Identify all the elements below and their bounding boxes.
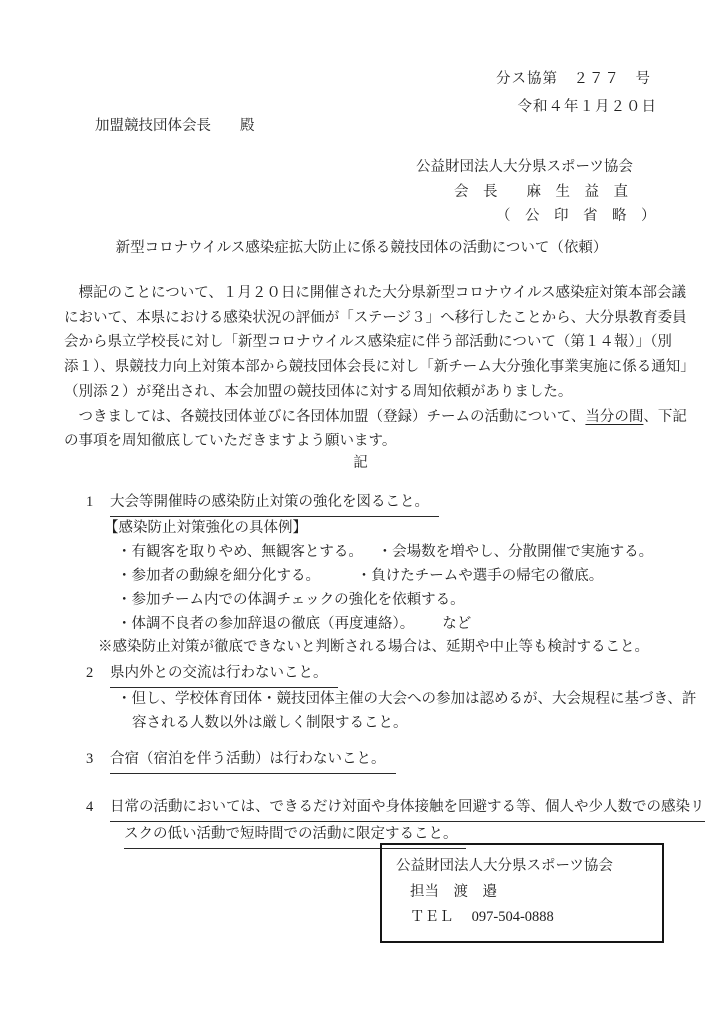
example-bullet-row: ・参加チーム内での体調チェックの強化を依頼する。: [117, 588, 653, 612]
body-paragraph-line: 会から県立学校長に対し「新型コロナウイルス感染症に伴う部活動について（第１４報）…: [64, 330, 674, 355]
contact-organization: 公益財団法人大分県スポーツ協会: [396, 854, 652, 880]
body-paragraph-line: つきましては、各競技団体並びに各団体加盟（登録）チームの活動について、当分の間、…: [64, 405, 674, 430]
note-line: ※感染防止対策が徹底できないと判断される場合は、延期や中止等も検討すること。: [98, 635, 649, 659]
item-number: 1: [86, 490, 110, 517]
example-bullet: ・参加チーム内での体調チェックの強化を依頼する。: [117, 592, 465, 608]
body-paragraph-line: 標記のことについて、１月２０日に開催された大分県新型コロナウイルス感染症対策本部…: [64, 281, 674, 306]
underlined-phrase: 当分の間: [585, 409, 643, 425]
item-heading: 合宿（宿泊を伴う活動）は行わないこと。: [110, 747, 396, 774]
item-number: 2: [86, 661, 110, 688]
sender-president: 会 長 麻 生 益 直: [454, 180, 656, 205]
contact-tel: ＴＥＬ 097-504-0888: [410, 905, 652, 931]
example-header: 【感染防止対策強化の具体例】: [104, 516, 307, 540]
list-item-4: 4 日常の活動においては、できるだけ対面や身体接触を回避する等、個人や少人数での…: [86, 795, 705, 849]
body-paragraphs: 標記のことについて、１月２０日に開催された大分県新型コロナウイルス感染症対策本部…: [64, 281, 674, 454]
sender-block: 公益財団法人大分県スポーツ協会 会 長 麻 生 益 直 （ 公 印 省 略 ）: [416, 155, 656, 229]
example-bullet: ・有観客を取りやめ、無観客とする。: [117, 544, 356, 560]
issue-date: 令和４年１月２０日: [518, 95, 658, 119]
body-paragraph-line: （別添２）が発出され、本会加盟の競技団体に対する周知依頼がありました。: [64, 380, 674, 405]
item-heading: 日常の活動においては、できるだけ対面や身体接触を回避する等、個人や少人数での感染…: [110, 795, 705, 822]
example-bullet: など: [442, 616, 471, 632]
record-marker: 記: [0, 451, 723, 475]
paragraph2-after: 、下記: [643, 409, 687, 425]
item-heading-lines: 日常の活動においては、できるだけ対面や身体接触を回避する等、個人や少人数での感染…: [110, 795, 705, 849]
list-item-1: 1 大会等開催時の感染防止対策の強化を図ること。: [86, 490, 439, 517]
example-bullet-row: ・有観客を取りやめ、無観客とする。・会場数を増やし、分散開催で実施する。: [117, 540, 653, 564]
sender-seal-note: （ 公 印 省 略 ）: [496, 204, 656, 229]
example-bullet: ・参加者の動線を細分化する。: [117, 568, 313, 584]
recipient-line: 加盟競技団体会長 殿: [95, 114, 255, 138]
contact-box: 公益財団法人大分県スポーツ協会 担当 渡 邉 ＴＥＬ 097-504-0888: [380, 843, 664, 943]
document-title: 新型コロナウイルス感染症拡大防止に係る競技団体の活動について（依頼）: [0, 236, 723, 260]
item-heading: 県内外との交流は行わないこと。: [110, 661, 338, 688]
example-list: ・有観客を取りやめ、無観客とする。・会場数を増やし、分散開催で実施する。 ・参加…: [117, 540, 653, 636]
example-bullet: ・負けたチームや選手の帰宅の徹底。: [357, 568, 604, 584]
item-number: 4: [86, 795, 110, 849]
contact-person: 担当 渡 邉: [410, 880, 652, 906]
body-paragraph-line: 添１）、県競技力向上対策本部から競技団体会長に対し「新チーム大分強化事業実施に係…: [64, 355, 674, 380]
item-number: 3: [86, 747, 110, 774]
sender-organization: 公益財団法人大分県スポーツ協会: [416, 155, 656, 180]
body-paragraph-line: において、本県における感染状況の評価が「ステージ３」へ移行したことから、大分県教…: [64, 306, 674, 331]
example-bullet-row: ・体調不良者の参加辞退の徹底（再度連絡）。など: [117, 612, 653, 636]
example-bullet: ・会場数を増やし、分散開催で実施する。: [378, 544, 654, 560]
list-item-2: 2 県内外との交流は行わないこと。: [86, 661, 338, 688]
paragraph2-before: つきましては、各競技団体並びに各団体加盟（登録）チームの活動について、: [64, 409, 585, 425]
example-bullet-row: ・参加者の動線を細分化する。・負けたチームや選手の帰宅の徹底。: [117, 564, 653, 588]
example-bullet: ・体調不良者の参加辞退の徹底（再度連絡）。: [117, 616, 414, 632]
item-heading: 大会等開催時の感染防止対策の強化を図ること。: [110, 490, 439, 517]
list-item-3: 3 合宿（宿泊を伴う活動）は行わないこと。: [86, 747, 396, 774]
item2-sub-line: ・但し、学校体育団体・競技団体主催の大会への参加は認めるが、大会規程に基づき、許: [117, 687, 696, 711]
item2-sub-line: 容される人数以外は厳しく制限すること。: [132, 711, 408, 735]
doc-number: 分ス協第 ２７７ 号: [496, 67, 651, 91]
document-page: 分ス協第 ２７７ 号 令和４年１月２０日 加盟競技団体会長 殿 公益財団法人大分…: [0, 0, 723, 1024]
